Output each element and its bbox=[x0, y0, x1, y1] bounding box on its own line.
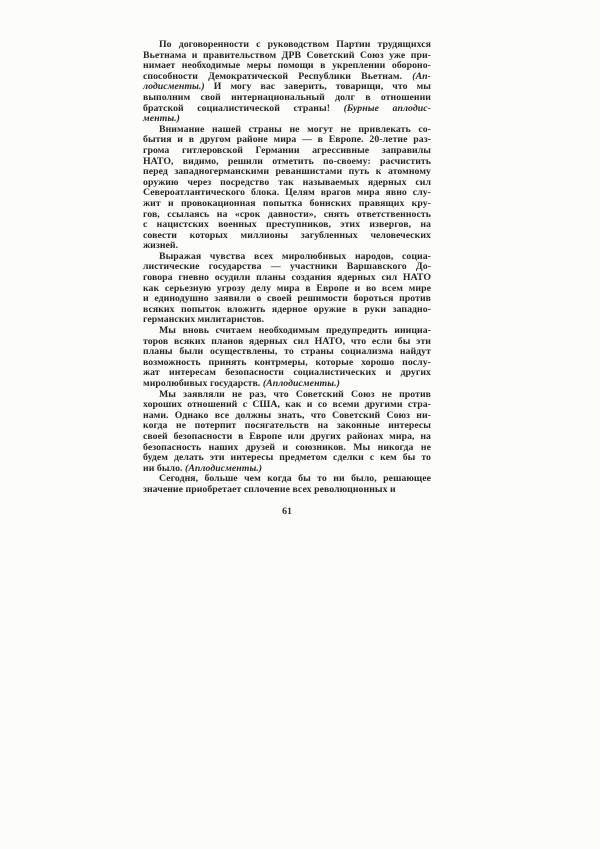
text-segment: перед западногерманскими реваншистами пу… bbox=[143, 166, 431, 177]
page-number: 61 bbox=[143, 506, 431, 517]
text-segment: ни было. bbox=[143, 463, 185, 474]
text-segment: германских милитаристов. bbox=[143, 314, 264, 325]
italic-segment: (Аплодисменты.) bbox=[263, 378, 340, 389]
text-segment: оружию через посредство так называемых я… bbox=[143, 177, 431, 188]
text-segment: и единодушно заявили о своей решимости б… bbox=[143, 293, 431, 304]
italic-segment: лодисменты.) bbox=[143, 81, 205, 92]
text-segment: возможность принять контрмеры, которые х… bbox=[143, 357, 431, 368]
text-segment: НАТО, видимо, решили отметить по-своему:… bbox=[143, 156, 431, 167]
text-segment: своей безопасности в Европе или других р… bbox=[143, 431, 431, 442]
text-segment: грома гитлеровской Германии агрессивные … bbox=[143, 145, 431, 156]
text-segment: с нацистских военных преступников, этих … bbox=[143, 219, 431, 230]
text-segment: И могу вас заверить, товарищи, что мы bbox=[205, 81, 431, 92]
text-segment: будем делать эти интересы предметом сдел… bbox=[143, 452, 431, 463]
text-segment: По договоренности с руководством Партии … bbox=[159, 39, 431, 50]
text-segment: жит и провокационная попытка боннских пр… bbox=[143, 198, 431, 209]
text-segment: Вьетнама и правительством ДРВ Советский … bbox=[143, 50, 431, 61]
text-segment: Мы заявляли не раз, что Советский Союз н… bbox=[159, 389, 431, 400]
text-segment: братской социалистической страны! bbox=[143, 103, 344, 114]
text-segment: Сегодня, больше чем когда бы то ни было,… bbox=[159, 473, 431, 484]
text-segment: говора гневно осудили планы создания яде… bbox=[143, 272, 431, 283]
italic-segment: (Бурные аплодис- bbox=[344, 103, 431, 114]
italic-segment: (Аплодисменты.) bbox=[185, 463, 262, 474]
text-segment: способности Демократической Республики В… bbox=[143, 71, 412, 82]
text-segment: листические государства — участники Варш… bbox=[143, 261, 431, 272]
text-line: совести которых миллионы загубленных чел… bbox=[143, 231, 431, 242]
text-segment: безопасность наших друзей и союзников. М… bbox=[143, 442, 431, 453]
text-segment: бытия и в другом районе мира — в Европе.… bbox=[143, 134, 431, 145]
text-segment: Североатлантического блока. Целям врагов… bbox=[143, 187, 431, 198]
text-segment: как серьезную угрозу делу мира в Европе … bbox=[143, 283, 431, 294]
text-segment: торов всяких планов ядерных сил НАТО, чт… bbox=[143, 336, 431, 347]
italic-segment: менты.) bbox=[143, 113, 180, 124]
text-segment: хороших отношений с США, как и со всеми … bbox=[143, 399, 431, 410]
text-segment: когда не потерпит посягательств на закон… bbox=[143, 420, 431, 431]
text-segment: гов, ссылаясь на «срок давности», снять … bbox=[143, 209, 431, 220]
text-line: братской социалистической страны! (Бурны… bbox=[143, 104, 431, 115]
text-block: По договоренности с руководством Партии … bbox=[143, 40, 431, 496]
text-segment: жизней. bbox=[143, 240, 178, 251]
text-segment: нимает необходимые меры помощи в укрепле… bbox=[143, 60, 431, 71]
text-line: значение приобретает сплочение всех рево… bbox=[143, 485, 431, 496]
text-segment: нами. Однако все должны знать, что Совет… bbox=[143, 410, 431, 421]
text-segment: выполним свой интернациональный долг в о… bbox=[143, 92, 431, 103]
text-segment: всяких попыток вложить ядерное оружие в … bbox=[143, 304, 431, 315]
text-segment: планы были осуществлены, то страны социа… bbox=[143, 346, 431, 357]
text-segment: миролюбивых государств. bbox=[143, 378, 263, 389]
italic-segment: (Ап- bbox=[412, 71, 431, 82]
text-segment: Выражая чувства всех миролюбивых народов… bbox=[159, 251, 431, 262]
book-page: По договоренности с руководством Партии … bbox=[0, 0, 600, 849]
text-segment: совести которых миллионы загубленных чел… bbox=[143, 230, 431, 241]
text-segment: Внимание нашей страны не могут не привле… bbox=[159, 124, 431, 135]
text-segment: Мы вновь считаем необходимым предупредит… bbox=[159, 325, 431, 336]
text-segment: значение приобретает сплочение всех рево… bbox=[143, 484, 396, 495]
text-segment: жат интересам безопасности социалистичес… bbox=[143, 367, 431, 378]
